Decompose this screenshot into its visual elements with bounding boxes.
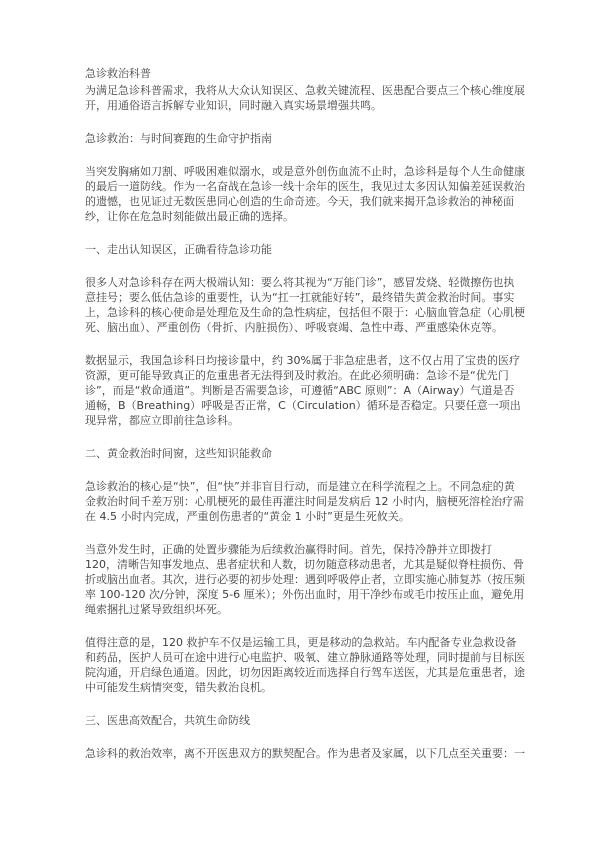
document-page: 急诊救治科普 为满足急诊科普需求，我将从大众认知误区、急救关键流程、医患配合要点… (0, 0, 595, 841)
section-3-heading: 三、医患高效配合，共筑生命防线 (85, 713, 525, 728)
section-1-paragraph-2: 数据显示，我国急诊科日均接诊量中，约 30%属于非急症患者，这不仅占用了宝贵的医… (85, 353, 525, 428)
section-3-paragraph-1: 急诊科的救治效率，离不开医患双方的默契配合。作为患者及家属，以下几点至关重要：一 (85, 746, 525, 761)
section-2-paragraph-2: 当意外发生时，正确的处置步骤能为后续救治赢得时间。首先，保持冷静并立即拨打 12… (85, 542, 525, 617)
section-2-paragraph-1: 急诊救治的核心是“快”，但“快”并非盲目行动，而是建立在科学流程之上。不同急症的… (85, 479, 525, 524)
section-1-heading: 一、走出认知误区，正确看待急诊功能 (85, 242, 525, 257)
doc-subtitle: 急诊救治：与时间赛跑的生命守护指南 (85, 131, 525, 146)
document-body: 急诊救治科普 为满足急诊科普需求，我将从大众认知误区、急救关键流程、医患配合要点… (85, 66, 525, 761)
intro-paragraph: 为满足急诊科普需求，我将从大众认知误区、急救关键流程、医患配合要点三个核心维度展… (85, 83, 525, 113)
section-1-paragraph-1: 很多人对急诊科存在两大极端认知：要么将其视为“万能门诊”，感冒发烧、轻微擦伤也执… (85, 275, 525, 335)
section-2-heading: 二、黄金救治时间窗，这些知识能救命 (85, 446, 525, 461)
section-2-paragraph-3: 值得注意的是，120 救护车不仅是运输工具，更是移动的急救站。车内配备专业急救设… (85, 635, 525, 695)
overview-paragraph: 当突发胸痛如刀割、呼吸困难似溺水，或是意外创伤血流不止时，急诊科是每个人生命健康… (85, 164, 525, 224)
doc-title: 急诊救治科普 (85, 66, 525, 81)
